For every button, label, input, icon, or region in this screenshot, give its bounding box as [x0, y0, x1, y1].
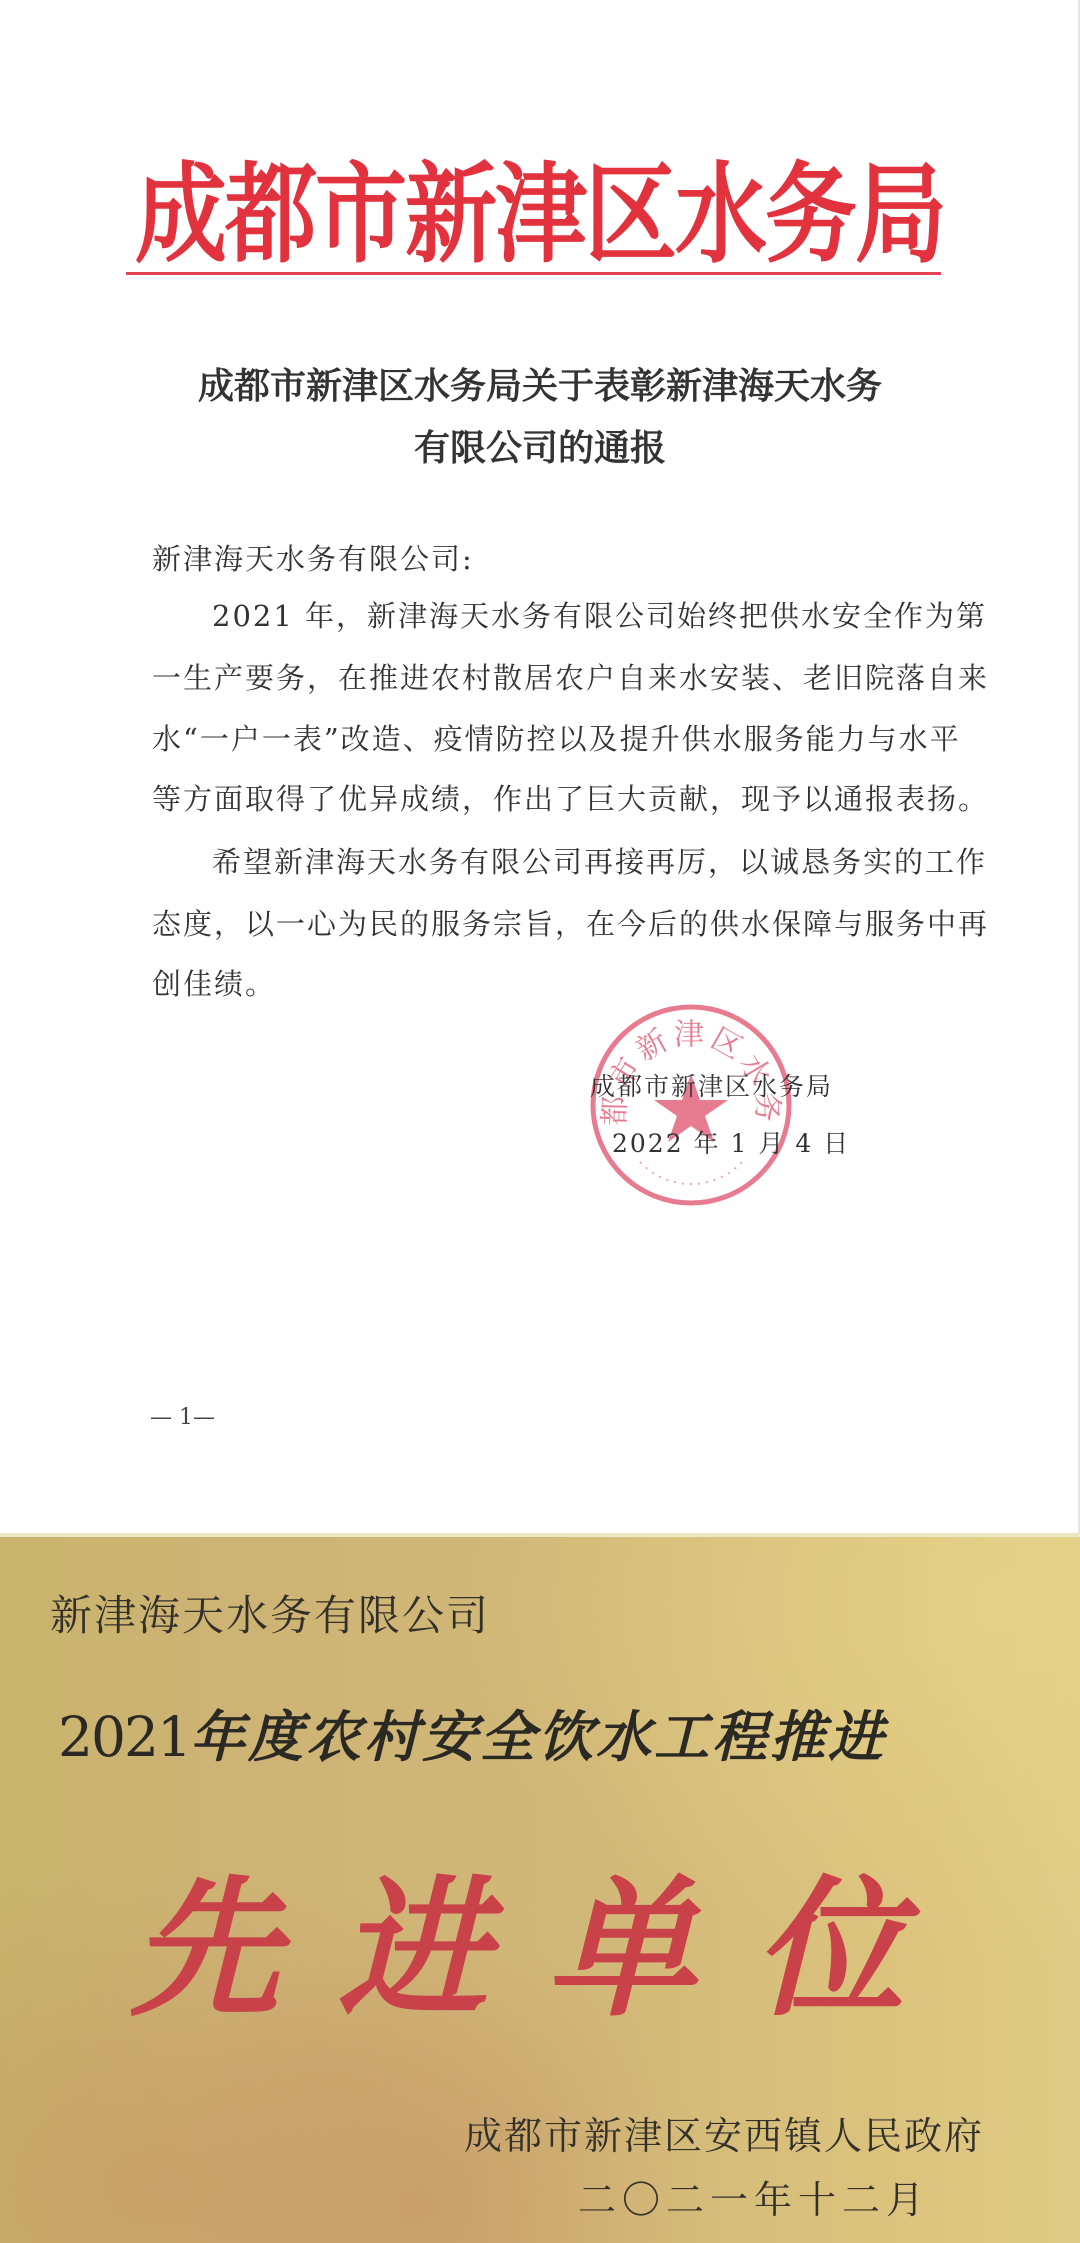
paragraph-1-line: 2021 年，新津海天水务有限公司始终把供水安全作为第	[212, 594, 987, 635]
issue-date: 2022 年 1 月 4 日	[612, 1124, 850, 1160]
salutation: 新津海天水务有限公司:	[152, 537, 474, 578]
paragraph-1-line: 水“一户一表”改造、疫情防控以及提升供水服务能力与水平	[152, 717, 961, 758]
page-number: — 1—	[150, 1405, 215, 1430]
notice-title-line-2: 有限公司的通报	[100, 420, 980, 471]
paragraph-2-line: 态度，以一心为民的服务宗旨，在今后的供水保障与服务中再	[152, 902, 989, 943]
plaque-issuer: 成都市新津区安西镇人民政府	[464, 2105, 984, 2160]
award-plaque: 新津海天水务有限公司 2021年度农村安全饮水工程推进 先进单位 成都市新津区安…	[0, 1533, 1080, 2243]
paragraph-2-line: 希望新津海天水务有限公司再接再厉，以诚恳务实的工作	[212, 840, 987, 881]
paragraph-2-line: 创佳绩。	[152, 962, 276, 1003]
paragraph-1-line: 等方面取得了优异成绩，作出了巨大贡献，现予以通报表扬。	[152, 777, 989, 818]
plaque-recipient: 新津海天水务有限公司	[50, 1583, 490, 1643]
official-seal-stamp: 成都市新津区水务局	[588, 1002, 794, 1208]
plaque-honor-title: 先进单位	[130, 1828, 962, 2044]
plaque-date: 二〇二一年十二月	[578, 2169, 930, 2224]
notice-title-line-1: 成都市新津区水务局关于表彰新津海天水务	[100, 358, 980, 409]
issuer-signature: 成都市新津区水务局	[590, 1067, 833, 1103]
notice-document-page: 成都市新津区水务局 成都市新津区水务局关于表彰新津海天水务 有限公司的通报 新津…	[0, 0, 1080, 1533]
letterhead-title: 成都市新津区水务局	[100, 128, 980, 284]
plaque-award-text: 年度农村安全饮水工程推进	[190, 1704, 886, 1769]
paragraph-1-line: 一生产要务，在推进农村散居农户自来水安装、老旧院落自来	[152, 656, 989, 697]
plaque-edge	[0, 1533, 1080, 1537]
plaque-award-title: 2021年度农村安全饮水工程推进	[58, 1693, 886, 1772]
plaque-award-year: 2021	[58, 1705, 190, 1769]
letterhead-red-rule	[126, 272, 941, 275]
